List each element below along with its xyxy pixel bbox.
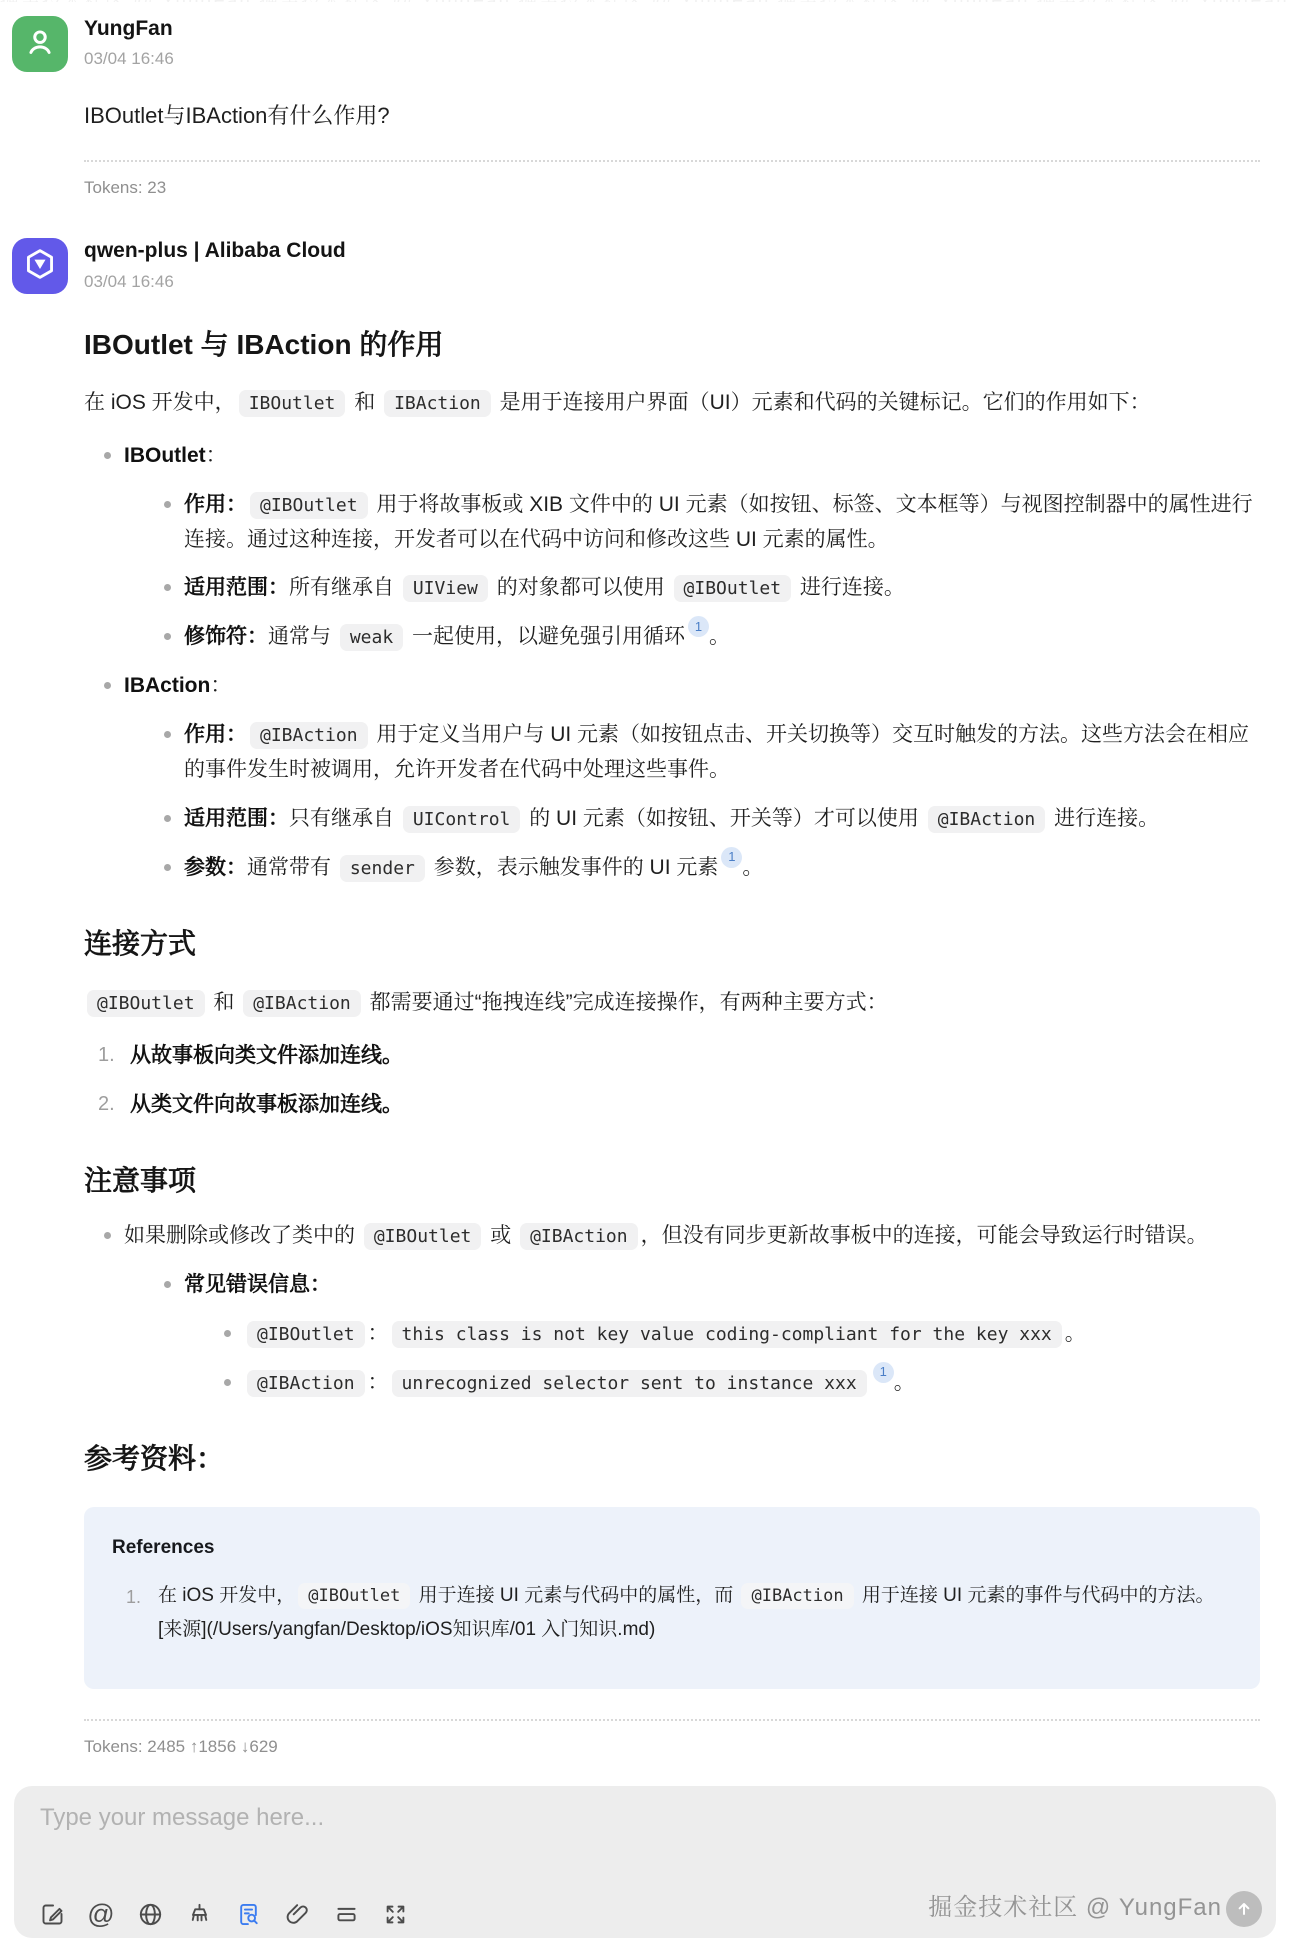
assistant-message-time: 03/04 16:46 [84,272,1260,292]
list-item-text: 常见错误信息： [184,1273,331,1296]
inline-code: @IBAction [741,1583,853,1609]
text-run: 都需要通过“拖拽连线”完成连接操作，有两种主要方式： [364,991,888,1014]
bullet-list: 常见错误信息：@IBOutlet：this class is not key v… [124,1268,1260,1401]
bold-run: 常见错误信息： [184,1273,331,1296]
list-item: 作用：@IBAction 用于定义当用户与 UI 元素（如按钮点击、开关切换等）… [162,718,1260,788]
text-run: ： [206,444,227,467]
section-heading: 注意事项 [84,1158,1260,1204]
assistant-message: qwen-plus | Alibaba Cloud 03/04 16:46 IB… [0,236,1290,1757]
list-item-text: IBAction： [124,674,231,697]
inline-code: @IBAction [928,806,1046,833]
user-name: YungFan [84,14,1260,42]
text-run: 和 [208,991,241,1014]
send-button[interactable] [1226,1891,1262,1927]
list-item: 修饰符：通常与 weak 一起使用，以避免强引用循环1。 [162,620,1260,655]
inline-code: sender [340,855,425,882]
text-run: 在 iOS 开发中， [158,1585,295,1606]
text-run: 所有继承自 [289,576,400,599]
bold-run: 修饰符： [184,625,268,648]
list-item: 参数：通常带有 sender 参数，表示触发事件的 UI 元素1。 [162,851,1260,886]
inline-code: @IBOutlet [364,1223,482,1250]
list-item-text: @IBOutlet：this class is not key value co… [244,1322,1086,1345]
bold-run: 参数： [184,856,247,879]
inline-code: @IBAction [247,1370,365,1397]
attachment-icon[interactable] [283,1900,311,1928]
text-run: ： [368,1371,389,1394]
text-run: 用于连接 UI 元素与代码中的属性，而 [413,1585,738,1606]
list-item-text: 参数：通常带有 sender 参数，表示触发事件的 UI 元素1。 [184,856,763,879]
references-title: References [112,1531,1232,1565]
bullet-list: 如果删除或修改了类中的 @IBOutlet 或 @IBAction，但没有同步更… [84,1219,1260,1400]
text-run: 参数，表示触发事件的 UI 元素 [428,856,719,879]
text-run: 的 UI 元素（如按钮、开关等）才可以使用 [523,807,924,830]
assistant-tokens-count: Tokens: 2485 ↑1856 ↓629 [84,1737,1260,1757]
list-item-text: 从故事板向类文件添加连线。 [130,1044,403,1067]
section-heading: IBOutlet 与 IBAction 的作用 [84,322,1260,368]
list-item-text: 作用：@IBOutlet 用于将故事板或 XIB 文件中的 UI 元素（如按钮、… [184,493,1253,551]
bullet-list: @IBOutlet：this class is not key value co… [184,1317,1260,1401]
bold-run: IBAction [124,674,210,697]
text-run: IBOutlet 与 IBAction 的作用 [84,329,443,360]
text-run: 。 [894,1371,915,1394]
list-item: 适用范围：只有继承自 UIControl 的 UI 元素（如按钮、开关等）才可以… [162,802,1260,837]
user-message-text: IBOutlet与IBAction有什么作用? [84,99,1260,130]
bullet-list: IBOutlet：作用：@IBOutlet 用于将故事板或 XIB 文件中的 U… [84,439,1260,886]
qwen-logo-icon [22,246,58,287]
list-item: 如果删除或修改了类中的 @IBOutlet 或 @IBAction，但没有同步更… [102,1219,1260,1400]
bold-run: 从故事板向类文件添加连线。 [130,1044,403,1067]
text-run: 进行连接。 [1048,807,1159,830]
list-item-text: 如果删除或修改了类中的 @IBOutlet 或 @IBAction，但没有同步更… [124,1224,1208,1247]
list-item: IBAction：作用：@IBAction 用于定义当用户与 UI 元素（如按钮… [102,669,1260,885]
citation-ref[interactable]: 1 [873,1362,894,1383]
bold-run: 从类文件向故事板添加连线。 [130,1093,403,1116]
person-icon [23,25,57,64]
ordered-list: 在 iOS 开发中，@IBOutlet 用于连接 UI 元素与代码中的属性，而 … [112,1579,1232,1647]
text-run: 或 [484,1224,517,1247]
inline-code: unrecognized selector sent to instance x… [392,1370,867,1397]
text-run: 进行连接。 [794,576,905,599]
expand-icon[interactable] [381,1900,409,1928]
user-tokens-count: Tokens: 23 [84,178,1260,198]
references-box: References在 iOS 开发中，@IBOutlet 用于连接 UI 元素… [84,1507,1260,1690]
user-message-time: 03/04 16:46 [84,49,1260,69]
list-item-text: 适用范围：只有继承自 UIControl 的 UI 元素（如按钮、开关等）才可以… [184,807,1159,830]
user-message: YungFan 03/04 16:46 IBOutlet与IBAction有什么… [0,14,1290,198]
list-item-text: @IBAction：unrecognized selector sent to … [244,1371,915,1394]
assistant-markdown-content: IBOutlet 与 IBAction 的作用在 iOS 开发中，IBOutle… [84,322,1260,1690]
watermark-strip: 掘金技术社区 @ YungFan 掘金技术社区 @ YungFan 掘金技术社区… [0,0,1290,2]
text-run: 。 [1065,1322,1086,1345]
message-divider [84,160,1260,162]
inline-code: this class is not key value coding-compl… [392,1321,1062,1348]
citation-ref[interactable]: 1 [688,616,709,637]
arrow-up-icon [1234,1899,1254,1919]
text-run: 的对象都可以使用 [491,576,671,599]
inline-code: @IBAction [250,722,368,749]
message-input[interactable] [38,1802,1252,1866]
inline-code: @IBAction [520,1223,638,1250]
inline-code: UIControl [403,806,521,833]
clear-context-icon[interactable] [332,1900,360,1928]
ordered-list: 从故事板向类文件添加连线。从类文件向故事板添加连线。 [84,1039,1260,1123]
bullet-list: 作用：@IBAction 用于定义当用户与 UI 元素（如按钮点击、开关切换等）… [124,718,1260,885]
text-run: 。 [709,625,730,648]
citation-ref[interactable]: 1 [721,847,742,868]
paragraph: @IBOutlet 和 @IBAction 都需要通过“拖拽连线”完成连接操作，… [84,986,1260,1021]
list-item-text: 修饰符：通常与 weak 一起使用，以避免强引用循环1。 [184,625,730,648]
list-item: @IBAction：unrecognized selector sent to … [222,1366,1260,1401]
list-item: IBOutlet：作用：@IBOutlet 用于将故事板或 XIB 文件中的 U… [102,439,1260,655]
inline-code: @IBOutlet [250,492,368,519]
bold-run: 适用范围： [184,576,289,599]
user-avatar[interactable] [12,16,68,72]
inline-code: IBAction [384,390,491,417]
inline-code: @IBOutlet [247,1321,365,1348]
inline-code: @IBOutlet [674,575,792,602]
text-run: 是用于连接用户界面（UI）元素和代码的关键标记。它们的作用如下： [494,391,1151,414]
message-composer: @ [14,1786,1276,1938]
list-item: 作用：@IBOutlet 用于将故事板或 XIB 文件中的 UI 元素（如按钮、… [162,488,1260,558]
bold-run: 适用范围： [184,807,289,830]
web-search-icon[interactable] [136,1900,164,1928]
paragraph: 在 iOS 开发中，IBOutlet 和 IBAction 是用于连接用户界面（… [84,386,1260,421]
text-run: 在 iOS 开发中， [84,391,236,414]
text-run: 和 [348,391,381,414]
text-run: ，但没有同步更新故事板中的连接，可能会导致运行时错误。 [641,1224,1208,1247]
inline-code: @IBOutlet [298,1583,410,1609]
list-item-text: 作用：@IBAction 用于定义当用户与 UI 元素（如按钮点击、开关切换等）… [184,723,1249,781]
inline-code: UIView [403,575,488,602]
text-run: 通常与 [268,625,337,648]
inline-code: @IBOutlet [87,990,205,1017]
message-divider [84,1719,1260,1721]
list-item: 在 iOS 开发中，@IBOutlet 用于连接 UI 元素与代码中的属性，而 … [126,1579,1232,1647]
clear-messages-icon[interactable] [185,1900,213,1928]
list-item: 常见错误信息：@IBOutlet：this class is not key v… [162,1268,1260,1401]
list-item: @IBOutlet：this class is not key value co… [222,1317,1260,1352]
list-item-text: 从类文件向故事板添加连线。 [130,1093,403,1116]
bold-run: 作用： [184,723,247,746]
composer-toolbar: @ [38,1900,409,1928]
list-item-text: 在 iOS 开发中，@IBOutlet 用于连接 UI 元素与代码中的属性，而 … [158,1585,1214,1640]
text-run: 通常带有 [247,856,337,879]
text-run: ： [210,674,231,697]
bold-run: 作用： [184,493,247,516]
inline-code: @IBAction [243,990,361,1017]
text-run: 注意事项 [84,1165,196,1196]
text-run: 只有继承自 [289,807,400,830]
list-item: 从故事板向类文件添加连线。 [98,1039,1260,1074]
list-item: 适用范围：所有继承自 UIView 的对象都可以使用 @IBOutlet 进行连… [162,571,1260,606]
list-item-text: IBOutlet： [124,444,227,467]
assistant-name: qwen-plus | Alibaba Cloud [84,236,1260,264]
text-run: 。 [742,856,763,879]
list-item: 从类文件向故事板添加连线。 [98,1088,1260,1123]
list-item-text: 适用范围：所有继承自 UIView 的对象都可以使用 @IBOutlet 进行连… [184,576,905,599]
text-run: 连接方式 [84,928,196,959]
chat-scroll-area: YungFan 03/04 16:46 IBOutlet与IBAction有什么… [0,2,1290,1776]
inline-code: IBOutlet [239,390,346,417]
text-run: 参考资料： [84,1443,224,1474]
site-watermark: 掘金技术社区 @ YungFan [928,1887,1222,1922]
knowledge-base-icon[interactable] [234,1900,262,1928]
text-run: ： [368,1322,389,1345]
bold-run: IBOutlet [124,444,206,467]
text-run: 一起使用，以避免强引用循环 [406,625,685,648]
text-run: 如果删除或修改了类中的 [124,1224,361,1247]
section-heading: 连接方式 [84,921,1260,967]
mention-icon[interactable]: @ [87,1900,115,1928]
assistant-avatar[interactable] [12,238,68,294]
bullet-list: 作用：@IBOutlet 用于将故事板或 XIB 文件中的 UI 元素（如按钮、… [124,488,1260,655]
new-chat-icon[interactable] [38,1900,66,1928]
section-heading: 参考资料： [84,1436,1260,1482]
inline-code: weak [340,624,403,651]
